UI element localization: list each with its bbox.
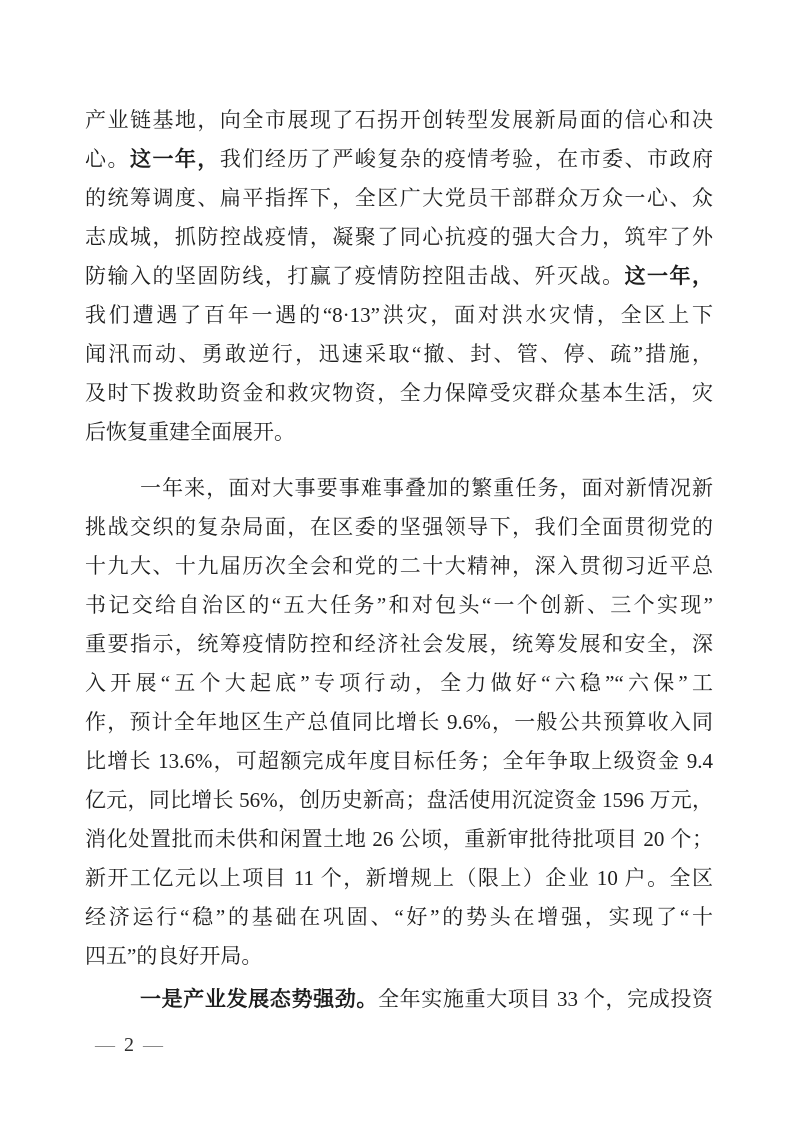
text-segment: 的统筹调度、扁平指挥下，全区广大党员干部群众万众一心、众	[85, 186, 713, 210]
text-line: 后恢复重建全面展开。	[85, 413, 713, 452]
text-segment: 心。	[85, 147, 130, 171]
text-line: 亿元，同比增长 56%，创历史新高；盘活使用沉淀资金 1596 万元，	[85, 781, 713, 820]
text-line: 防输入的坚固防线，打赢了疫情防控阻击战、歼灭战。这一年，	[85, 257, 713, 296]
text-segment: 四五”的良好开局。	[85, 944, 262, 968]
text-line: 四五”的良好开局。	[85, 937, 713, 976]
text-segment: 十九大、十九届历次全会和党的二十大精神，深入贯彻习近平总	[85, 554, 713, 578]
text-segment: 全年实施重大项目 33 个，完成投资	[378, 987, 713, 1011]
text-segment: 产业链基地，向全市展现了石拐开创转型发展新局面的信心和决	[85, 108, 713, 132]
text-segment: 亿元，同比增长 56%，创历史新高；盘活使用沉淀资金 1596 万元，	[85, 788, 713, 812]
text-line: 挑战交织的复杂局面，在区委的坚强领导下，我们全面贯彻党的	[85, 508, 713, 547]
text-line: 新开工亿元以上项目 11 个，新增规上（限上）企业 10 户。全区	[85, 859, 713, 898]
text-line: 心。这一年，我们经历了严峻复杂的疫情考验，在市委、市政府	[85, 140, 713, 179]
document-body: 产业链基地，向全市展现了石拐开创转型发展新局面的信心和决心。这一年，我们经历了严…	[85, 101, 713, 1019]
text-line: 一年来，面对大事要事难事叠加的繁重任务，面对新情况新	[85, 469, 713, 508]
page-number: 2	[124, 1034, 134, 1056]
page-footer: —2—	[95, 1033, 163, 1057]
text-segment: 重要指示，统筹疫情防控和经济社会发展，统筹发展和安全，深	[85, 632, 713, 656]
paragraph: 一年来，面对大事要事难事叠加的繁重任务，面对新情况新挑战交织的复杂局面，在区委的…	[85, 469, 713, 976]
text-segment: 消化处置批而未供和闲置土地 26 公顷，重新审批待批项目 20 个；	[85, 827, 713, 851]
text-segment: 及时下拨救助资金和救灾物资，全力保障受灾群众基本生活，灾	[85, 381, 713, 405]
text-segment: 作，预计全年地区生产总值同比增长 9.6%，一般公共预算收入同	[85, 710, 713, 734]
text-line: 一是产业发展态势强劲。全年实施重大项目 33 个，完成投资	[85, 980, 713, 1019]
bold-text-segment: 这一年，	[625, 265, 713, 288]
text-segment: 书记交给自治区的“五大任务”和对包头“一个创新、三个实现”	[85, 593, 713, 617]
text-segment: 经济运行“稳”的基础在巩固、“好”的势头在增强，实现了“十	[85, 905, 713, 929]
text-segment: 防输入的坚固防线，打赢了疫情防控阻击战、歼灭战。	[85, 264, 625, 288]
bold-text-segment: 一是产业发展态势强劲。	[140, 988, 378, 1011]
bold-text-segment: 这一年，	[130, 148, 220, 171]
text-line: 入开展“五个大起底”专项行动，全力做好“六稳”“六保”工	[85, 664, 713, 703]
text-segment: 比增长 13.6%，可超额完成年度目标任务；全年争取上级资金 9.4	[85, 749, 713, 773]
text-line: 我们遭遇了百年一遇的“8·13”洪灾，面对洪水灾情，全区上下	[85, 296, 713, 335]
footer-right-dash: —	[143, 1034, 163, 1056]
text-line: 经济运行“稳”的基础在巩固、“好”的势头在增强，实现了“十	[85, 898, 713, 937]
text-segment: 新开工亿元以上项目 11 个，新增规上（限上）企业 10 户。全区	[85, 866, 713, 890]
text-segment: 后恢复重建全面展开。	[85, 420, 295, 444]
text-segment: 入开展“五个大起底”专项行动，全力做好“六稳”“六保”工	[85, 671, 713, 695]
text-line: 消化处置批而未供和闲置土地 26 公顷，重新审批待批项目 20 个；	[85, 820, 713, 859]
text-segment: 闻汛而动、勇敢逆行，迅速采取“撤、封、管、停、疏”措施，	[85, 342, 713, 366]
text-line: 产业链基地，向全市展现了石拐开创转型发展新局面的信心和决	[85, 101, 713, 140]
footer-left-dash: —	[95, 1034, 115, 1056]
text-segment: 挑战交织的复杂局面，在区委的坚强领导下，我们全面贯彻党的	[85, 515, 713, 539]
paragraph: 一是产业发展态势强劲。全年实施重大项目 33 个，完成投资	[85, 980, 713, 1019]
text-segment: 我们经历了严峻复杂的疫情考验，在市委、市政府	[220, 147, 713, 171]
paragraph: 产业链基地，向全市展现了石拐开创转型发展新局面的信心和决心。这一年，我们经历了严…	[85, 101, 713, 452]
text-line: 比增长 13.6%，可超额完成年度目标任务；全年争取上级资金 9.4	[85, 742, 713, 781]
text-line: 的统筹调度、扁平指挥下，全区广大党员干部群众万众一心、众	[85, 179, 713, 218]
text-line: 书记交给自治区的“五大任务”和对包头“一个创新、三个实现”	[85, 586, 713, 625]
text-segment: 我们遭遇了百年一遇的“8·13”洪灾，面对洪水灾情，全区上下	[85, 303, 713, 327]
text-line: 重要指示，统筹疫情防控和经济社会发展，统筹发展和安全，深	[85, 625, 713, 664]
text-line: 志成城，抓防控战疫情，凝聚了同心抗疫的强大合力，筑牢了外	[85, 218, 713, 257]
text-segment: 志成城，抓防控战疫情，凝聚了同心抗疫的强大合力，筑牢了外	[85, 225, 713, 249]
text-line: 闻汛而动、勇敢逆行，迅速采取“撤、封、管、停、疏”措施，	[85, 335, 713, 374]
document-page: 产业链基地，向全市展现了石拐开创转型发展新局面的信心和决心。这一年，我们经历了严…	[0, 0, 793, 1122]
text-line: 及时下拨救助资金和救灾物资，全力保障受灾群众基本生活，灾	[85, 374, 713, 413]
text-line: 十九大、十九届历次全会和党的二十大精神，深入贯彻习近平总	[85, 547, 713, 586]
text-segment: 一年来，面对大事要事难事叠加的繁重任务，面对新情况新	[140, 476, 713, 500]
text-line: 作，预计全年地区生产总值同比增长 9.6%，一般公共预算收入同	[85, 703, 713, 742]
